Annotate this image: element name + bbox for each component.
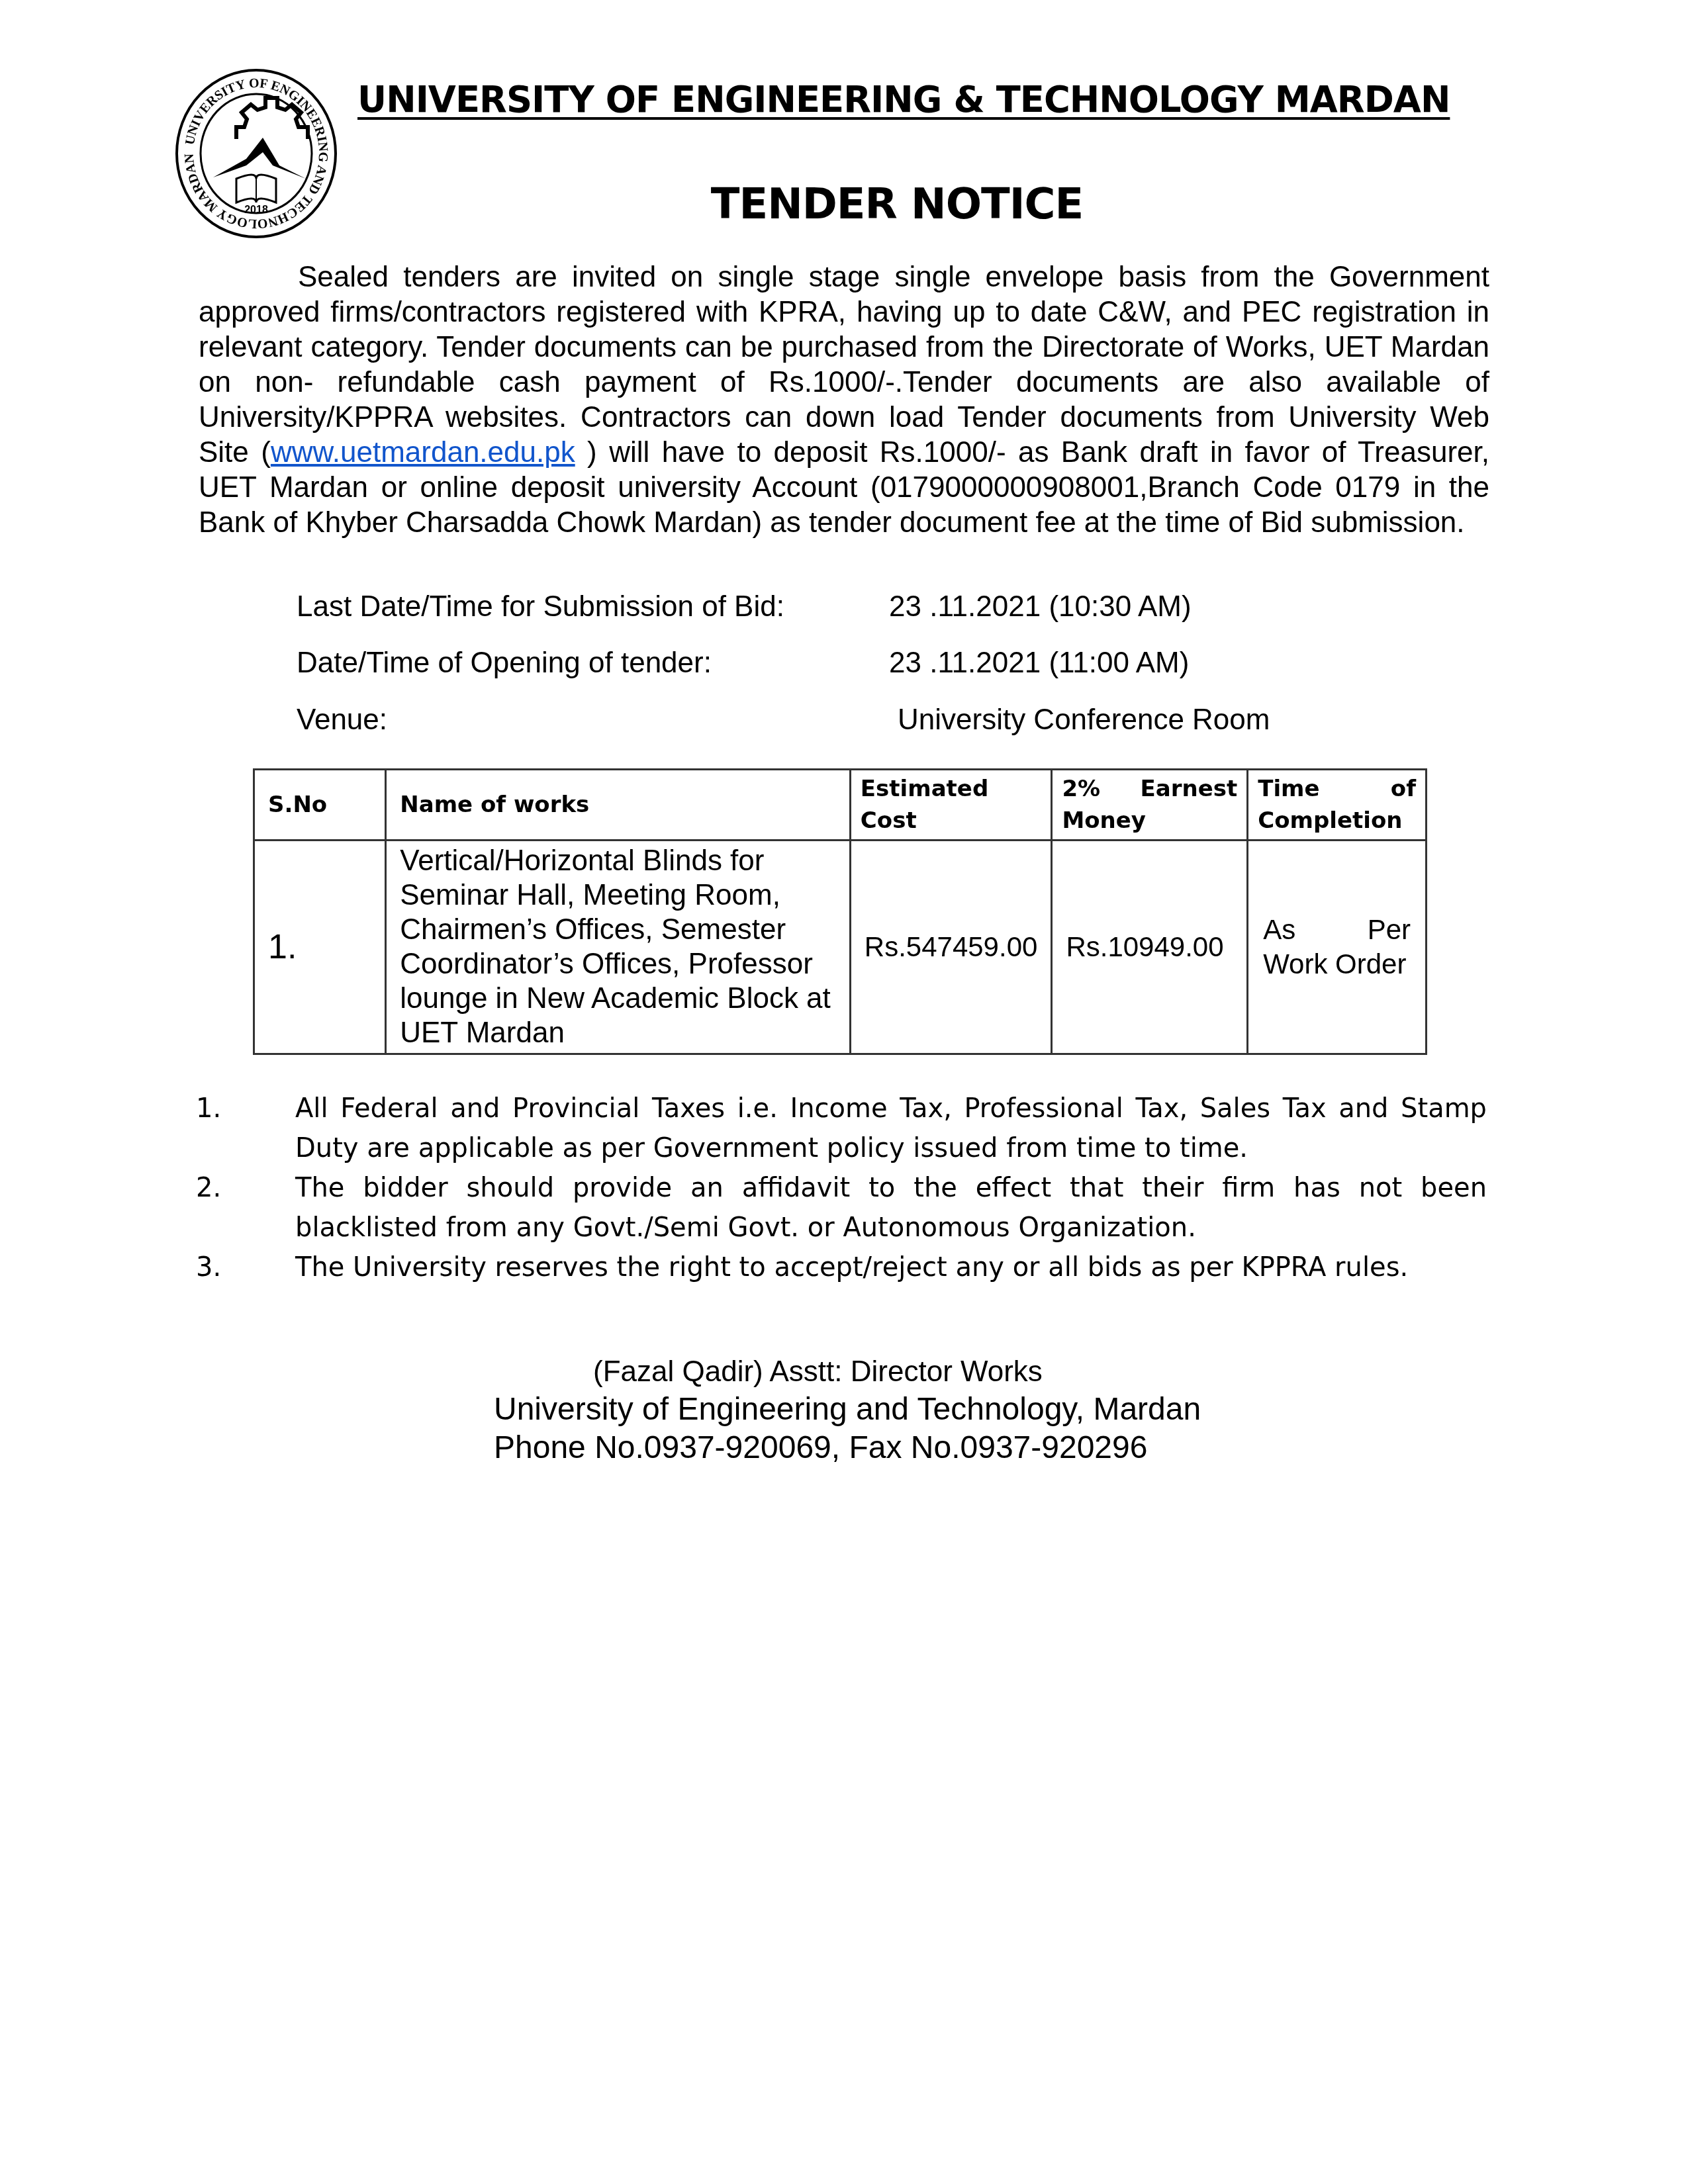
venue-value: University Conference Room	[898, 704, 1270, 737]
opening-date-label: Date/Time of Opening of tender:	[297, 647, 712, 680]
contact-numbers: Phone No.0937-920069, Fax No.0937-920296	[494, 1430, 1147, 1466]
table-header-row: S.No Name of works Estimated Cost 2% Ear…	[254, 770, 1427, 841]
opening-date-value: 23 .11.2021 (11:00 AM)	[889, 647, 1189, 680]
signatory-name: (Fazal Qadir) Asstt: Director Works	[593, 1355, 1043, 1388]
header-sno: S.No	[254, 770, 386, 841]
university-website-link[interactable]: www.uetmardan.edu.pk	[271, 436, 575, 469]
university-name: UNIVERSITY OF ENGINEERING & TECHNOLOGY M…	[357, 78, 1450, 121]
cell-estimated-cost: Rs.547459.00	[850, 841, 1052, 1054]
notes-list: 1. All Federal and Provincial Taxes i.e.…	[196, 1089, 1487, 1287]
intro-paragraph: Sealed tenders are invited on single sta…	[199, 259, 1489, 540]
header-time-of-completion: Time of Completion	[1248, 770, 1427, 841]
cell-name-of-works: Vertical/Horizontal Blinds for Seminar H…	[386, 841, 851, 1054]
header-estimated-cost: Estimated Cost	[850, 770, 1052, 841]
venue-label: Venue:	[297, 704, 387, 737]
table-row: 1. Vertical/Horizontal Blinds for Semina…	[254, 841, 1427, 1054]
list-item: 3. The University reserves the right to …	[196, 1248, 1487, 1287]
list-item: 2. The bidder should provide an affidavi…	[196, 1168, 1487, 1248]
notice-title: TENDER NOTICE	[0, 180, 1688, 229]
signatory-organization: University of Engineering and Technology…	[494, 1391, 1201, 1428]
cell-time-of-completion: As Per Work Order	[1248, 841, 1427, 1054]
list-item: 1. All Federal and Provincial Taxes i.e.…	[196, 1089, 1487, 1168]
cell-sno: 1.	[254, 841, 386, 1054]
header-name-of-works: Name of works	[386, 770, 851, 841]
cell-earnest-money: Rs.10949.00	[1052, 841, 1248, 1054]
header-earnest-money: 2% Earnest Money	[1052, 770, 1248, 841]
submission-deadline-value: 23 .11.2021 (10:30 AM)	[889, 590, 1192, 623]
submission-deadline-label: Last Date/Time for Submission of Bid:	[297, 590, 784, 623]
works-table: S.No Name of works Estimated Cost 2% Ear…	[253, 768, 1427, 1055]
